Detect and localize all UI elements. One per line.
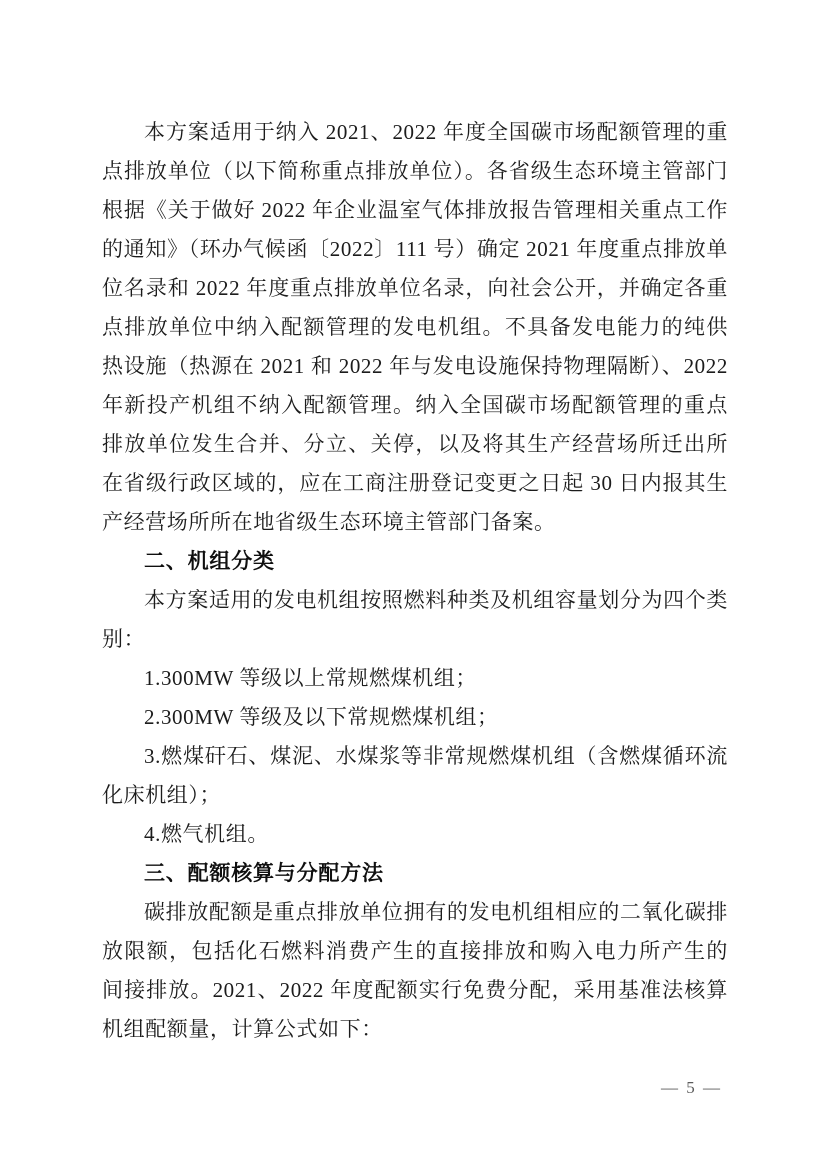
list-item-unit-type-1: 1.300MW 等级以上常规燃煤机组； — [102, 659, 728, 698]
list-item-unit-type-2: 2.300MW 等级及以下常规燃煤机组； — [102, 698, 728, 737]
paragraph-quota-allocation: 碳排放配额是重点排放单位拥有的发电机组相应的二氧化碳排放限额，包括化石燃料消费产… — [102, 893, 728, 1049]
heading-section-quota-allocation: 三、配额核算与分配方法 — [102, 854, 728, 893]
document-body: 本方案适用于纳入 2021、2022 年度全国碳市场配额管理的重点排放单位（以下… — [102, 113, 728, 1049]
paragraph-scope-of-application: 本方案适用于纳入 2021、2022 年度全国碳市场配额管理的重点排放单位（以下… — [102, 113, 728, 542]
list-item-unit-type-4: 4.燃气机组。 — [102, 815, 728, 854]
document-page: 本方案适用于纳入 2021、2022 年度全国碳市场配额管理的重点排放单位（以下… — [0, 0, 826, 1169]
list-item-unit-type-3: 3.燃煤矸石、煤泥、水煤浆等非常规燃煤机组（含燃煤循环流化床机组）； — [102, 737, 728, 815]
paragraph-classification-intro: 本方案适用的发电机组按照燃料种类及机组容量划分为四个类别： — [102, 581, 728, 659]
heading-section-unit-classification: 二、机组分类 — [102, 542, 728, 581]
page-number: — 5 — — [661, 1077, 722, 1099]
